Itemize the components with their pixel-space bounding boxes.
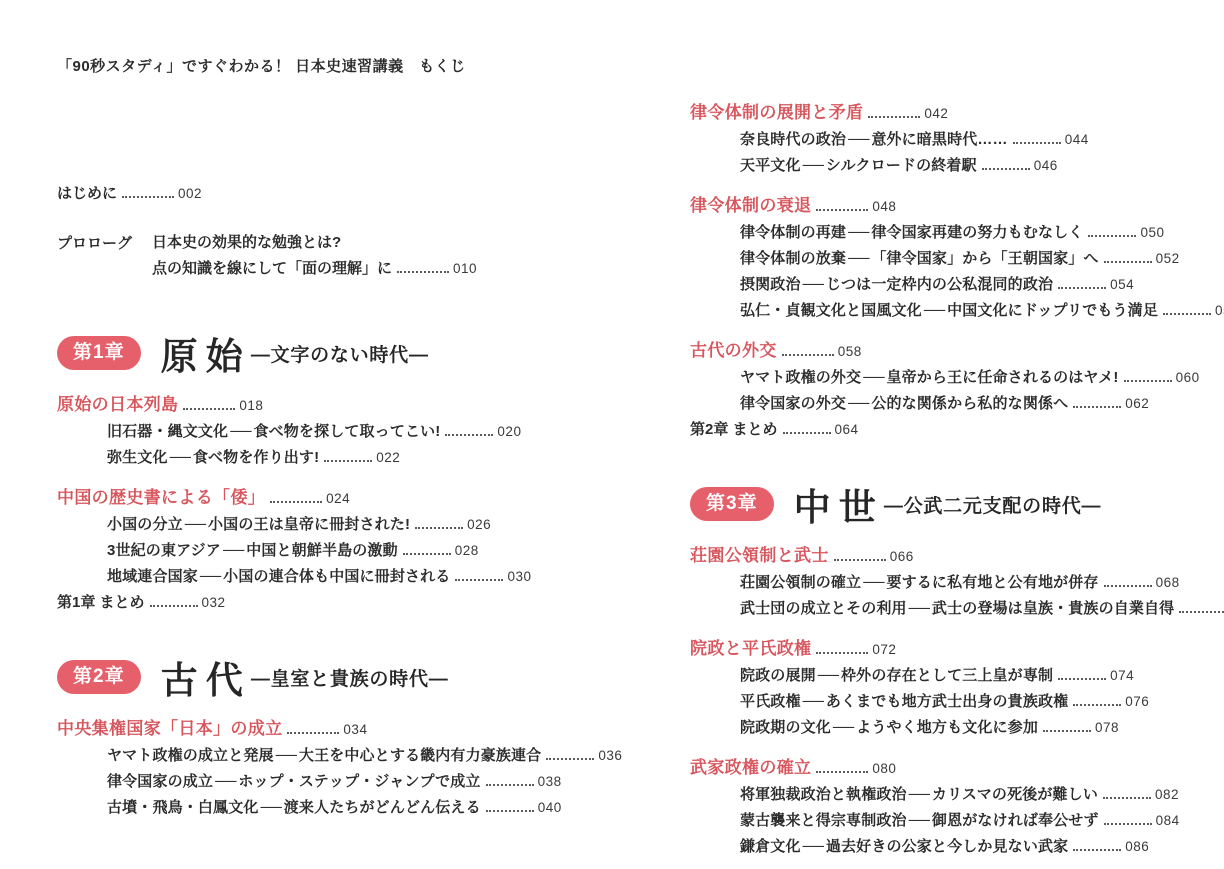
- section-heading: 古代の外交058: [690, 338, 1215, 365]
- page-number: 064: [835, 422, 859, 437]
- toc-section: 原始の日本列島018 旧石器・縄文文化──食べ物を探して取ってこい!020 弥生…: [57, 392, 632, 471]
- toc-entry-hajimeni: はじめに002: [57, 182, 632, 206]
- page-number: 062: [1125, 396, 1149, 411]
- chapter-summary-entry: 第1章 まとめ032: [57, 590, 632, 616]
- page-number: 082: [1155, 787, 1179, 802]
- toc-item: 小国の分立──小国の王は皇帝に冊封された!026: [57, 512, 632, 538]
- toc-section: 律令体制の展開と矛盾042 奈良時代の政治──意外に暗黒時代……044 天平文化…: [690, 100, 1215, 179]
- toc-item: 古墳・飛鳥・白鳳文化──渡来人たちがどんどん伝える040: [57, 795, 632, 821]
- section-heading: 中央集権国家「日本」の成立034: [57, 716, 632, 743]
- dash-separator: ──: [848, 131, 869, 148]
- page-number: 044: [1065, 132, 1089, 147]
- dot-leader: [1073, 397, 1121, 408]
- dash-separator: ──: [833, 719, 854, 736]
- page-number: 072: [872, 642, 896, 657]
- dash-separator: ──: [863, 369, 884, 386]
- page-number: 018: [239, 398, 263, 413]
- page-number: 076: [1125, 694, 1149, 709]
- page-number: 042: [924, 106, 948, 121]
- section-heading: 武家政権の確立080: [690, 755, 1215, 782]
- toc-item: ヤマト政権の成立と発展──大王を中心とする畿内有力豪族連合036: [57, 743, 632, 769]
- page-number: 058: [838, 344, 862, 359]
- dot-leader: [834, 549, 886, 561]
- toc-item: 奈良時代の政治──意外に暗黒時代……044: [690, 127, 1215, 153]
- left-column: 「90秒スタディ」ですぐわかる！ 日本史速習講義 もくじ はじめに002 プロロ…: [57, 55, 632, 821]
- prologue-line1: 日本史の効果的な勉強とは?: [152, 230, 477, 256]
- toc-section: 古代の外交058 ヤマト政権の外交──皇帝から王に任命されるのはヤメ!060 律…: [690, 338, 1215, 443]
- dot-leader: [1179, 602, 1224, 613]
- toc-entry-prologue: プロローグ 日本史の効果的な勉強とは? 点の知識を線にして「面の理解」に010: [57, 230, 632, 282]
- page-number: 078: [1095, 720, 1119, 735]
- page-number: 036: [598, 748, 622, 763]
- dot-leader: [486, 775, 534, 786]
- dash-separator: ──: [848, 224, 869, 241]
- section-heading: 荘園公領制と武士066: [690, 543, 1215, 570]
- dot-leader: [1088, 226, 1136, 237]
- chapter-subtitle: —文字のない時代—: [251, 340, 429, 367]
- page-number: 022: [376, 450, 400, 465]
- dot-leader: [455, 570, 503, 581]
- dot-leader: [1104, 252, 1152, 263]
- page-number: 030: [507, 569, 531, 584]
- toc-item: 荘園公領制の確立──要するに私有地と公有地が併存068: [690, 570, 1215, 596]
- section-heading: 原始の日本列島018: [57, 392, 632, 419]
- section-heading: 中国の歴史書による「倭」024: [57, 485, 632, 512]
- page-number: 046: [1034, 158, 1058, 173]
- dash-separator: ──: [276, 747, 297, 764]
- dot-leader: [486, 801, 534, 812]
- chapter-badge: 第3章: [690, 487, 774, 521]
- dot-leader: [403, 544, 451, 555]
- page-number: 050: [1140, 225, 1164, 240]
- entry-label: はじめに: [57, 185, 117, 202]
- chapter-1-heading: 第1章 原始 —文字のない時代—: [57, 326, 632, 380]
- toc-item: 武士団の成立とその利用──武士の登場は皇族・貴族の自業自得070: [690, 596, 1215, 622]
- chapter-subtitle: —皇室と貴族の時代—: [251, 664, 449, 691]
- dash-separator: ──: [909, 812, 930, 829]
- dot-leader: [982, 159, 1030, 170]
- dash-separator: ──: [803, 838, 824, 855]
- dot-leader: [1104, 814, 1152, 825]
- page-number: 002: [178, 186, 202, 201]
- dot-leader: [445, 425, 493, 436]
- chapter-summary-entry: 第2章 まとめ064: [690, 417, 1215, 443]
- dot-leader: [1163, 304, 1211, 315]
- toc-section: 院政と平氏政権072 院政の展開──枠外の存在として三上皇が専制074 平氏政権…: [690, 636, 1215, 741]
- page-number: 060: [1176, 370, 1200, 385]
- dash-separator: ──: [803, 693, 824, 710]
- page-number: 026: [467, 517, 491, 532]
- toc-section: 武家政権の確立080 将軍独裁政治と執権政治──カリスマの死後が難しい082 蒙…: [690, 755, 1215, 860]
- toc-item: 弥生文化──食べ物を作り出す!022: [57, 445, 632, 471]
- page-number: 052: [1156, 251, 1180, 266]
- dot-leader: [270, 491, 322, 503]
- section-heading: 律令体制の展開と矛盾042: [690, 100, 1215, 127]
- dash-separator: ──: [261, 799, 282, 816]
- toc-page: 「90秒スタディ」ですぐわかる！ 日本史速習講義 もくじ はじめに002 プロロ…: [0, 0, 1224, 869]
- page-number: 038: [538, 774, 562, 789]
- chapter-subtitle: —公武二元支配の時代—: [884, 491, 1101, 518]
- toc-item: 律令体制の再建──律令国家再建の努力もむなしく050: [690, 220, 1215, 246]
- right-column: 律令体制の展開と矛盾042 奈良時代の政治──意外に暗黒時代……044 天平文化…: [690, 100, 1215, 860]
- dot-leader: [546, 749, 594, 760]
- dash-separator: ──: [909, 786, 930, 803]
- chapter-badge: 第2章: [57, 660, 141, 694]
- toc-item: 天平文化──シルクロードの終着駅046: [690, 153, 1215, 179]
- dot-leader: [782, 344, 834, 356]
- dot-leader: [816, 199, 868, 211]
- dot-leader: [150, 596, 198, 607]
- dot-leader: [415, 518, 463, 529]
- dot-leader: [1103, 788, 1151, 799]
- page-number: 068: [1156, 575, 1180, 590]
- toc-item: 律令国家の成立──ホップ・ステップ・ジャンプで成立038: [57, 769, 632, 795]
- dot-leader: [1013, 133, 1061, 144]
- toc-item: 3世紀の東アジア──中国と朝鮮半島の激動028: [57, 538, 632, 564]
- dot-leader: [1124, 371, 1172, 382]
- page-number: 086: [1125, 839, 1149, 854]
- dash-separator: ──: [848, 250, 869, 267]
- dot-leader: [1058, 278, 1106, 289]
- toc-section: 中国の歴史書による「倭」024 小国の分立──小国の王は皇帝に冊封された!026…: [57, 485, 632, 616]
- toc-item: 旧石器・縄文文化──食べ物を探して取ってこい!020: [57, 419, 632, 445]
- dot-leader: [183, 398, 235, 410]
- dash-separator: ──: [230, 423, 251, 440]
- dash-separator: ──: [803, 157, 824, 174]
- chapter-3-heading: 第3章 中世 —公武二元支配の時代—: [690, 477, 1215, 531]
- toc-item: 地域連合国家──小国の連合体も中国に冊封される030: [57, 564, 632, 590]
- page-number: 074: [1110, 668, 1134, 683]
- dot-leader: [287, 722, 339, 734]
- page-number: 066: [890, 549, 914, 564]
- page-number: 034: [343, 722, 367, 737]
- dash-separator: ──: [170, 449, 191, 466]
- dash-separator: ──: [924, 302, 945, 319]
- dash-separator: ──: [818, 667, 839, 684]
- toc-section: 律令体制の衰退048 律令体制の再建──律令国家再建の努力もむなしく050 律令…: [690, 193, 1215, 324]
- toc-item: 律令体制の放棄──「律令国家」から「王朝国家」へ052: [690, 246, 1215, 272]
- prologue-text: 日本史の効果的な勉強とは? 点の知識を線にして「面の理解」に010: [152, 230, 477, 282]
- page-number: 054: [1110, 277, 1134, 292]
- page-number: 024: [326, 491, 350, 506]
- page-number: 020: [497, 424, 521, 439]
- dot-leader: [397, 262, 449, 273]
- dash-separator: ──: [185, 516, 206, 533]
- chapter-badge: 第1章: [57, 336, 141, 370]
- toc-item: 弘仁・貞観文化と国風文化──中国文化にドップリでもう満足056: [690, 298, 1215, 324]
- dot-leader: [1104, 576, 1152, 587]
- dash-separator: ──: [200, 568, 221, 585]
- chapter-title: 中世: [794, 477, 884, 531]
- section-heading: 院政と平氏政権072: [690, 636, 1215, 663]
- dot-leader: [868, 106, 920, 118]
- dot-leader: [816, 642, 868, 654]
- toc-item: 蒙古襲来と得宗専制政治──御恩がなければ奉公せず084: [690, 808, 1215, 834]
- page-number: 010: [453, 261, 477, 276]
- section-heading: 律令体制の衰退048: [690, 193, 1215, 220]
- toc-item: 鎌倉文化──過去好きの公家と今しか見ない武家086: [690, 834, 1215, 860]
- dot-leader: [783, 423, 831, 434]
- prologue-label: プロローグ: [57, 230, 132, 282]
- page-number: 032: [202, 595, 226, 610]
- dot-leader: [816, 761, 868, 773]
- dot-leader: [1073, 695, 1121, 706]
- dot-leader: [1073, 840, 1121, 851]
- dash-separator: ──: [223, 542, 244, 559]
- dash-separator: ──: [863, 574, 884, 591]
- dot-leader: [122, 187, 174, 198]
- page-number: 040: [538, 800, 562, 815]
- page-number: 084: [1156, 813, 1180, 828]
- toc-item: 律令国家の外交──公的な関係から私的な関係へ062: [690, 391, 1215, 417]
- page-number: 028: [455, 543, 479, 558]
- page-number: 056: [1215, 303, 1224, 318]
- toc-item: 将軍独裁政治と執権政治──カリスマの死後が難しい082: [690, 782, 1215, 808]
- toc-section: 中央集権国家「日本」の成立034 ヤマト政権の成立と発展──大王を中心とする畿内…: [57, 716, 632, 821]
- dash-separator: ──: [848, 395, 869, 412]
- page-number: 048: [872, 199, 896, 214]
- dash-separator: ──: [803, 276, 824, 293]
- book-title-header: 「90秒スタディ」ですぐわかる！ 日本史速習講義 もくじ: [57, 55, 632, 76]
- chapter-title: 古代: [161, 650, 251, 704]
- dot-leader: [1058, 669, 1106, 680]
- toc-item: 平氏政権──あくまでも地方武士出身の貴族政権076: [690, 689, 1215, 715]
- dot-leader: [1043, 721, 1091, 732]
- toc-item: 院政期の文化──ようやく地方も文化に参加078: [690, 715, 1215, 741]
- toc-item: 摂関政治──じつは一定枠内の公私混同的政治054: [690, 272, 1215, 298]
- chapter-2-heading: 第2章 古代 —皇室と貴族の時代—: [57, 650, 632, 704]
- chapter-title: 原始: [161, 326, 251, 380]
- toc-item: ヤマト政権の外交──皇帝から王に任命されるのはヤメ!060: [690, 365, 1215, 391]
- toc-section: 荘園公領制と武士066 荘園公領制の確立──要するに私有地と公有地が併存068 …: [690, 543, 1215, 622]
- toc-item: 院政の展開──枠外の存在として三上皇が専制074: [690, 663, 1215, 689]
- dash-separator: ──: [215, 773, 236, 790]
- prologue-line2: 点の知識を線にして「面の理解」に010: [152, 256, 477, 282]
- page-number: 080: [872, 761, 896, 776]
- dot-leader: [324, 451, 372, 462]
- dash-separator: ──: [909, 600, 930, 617]
